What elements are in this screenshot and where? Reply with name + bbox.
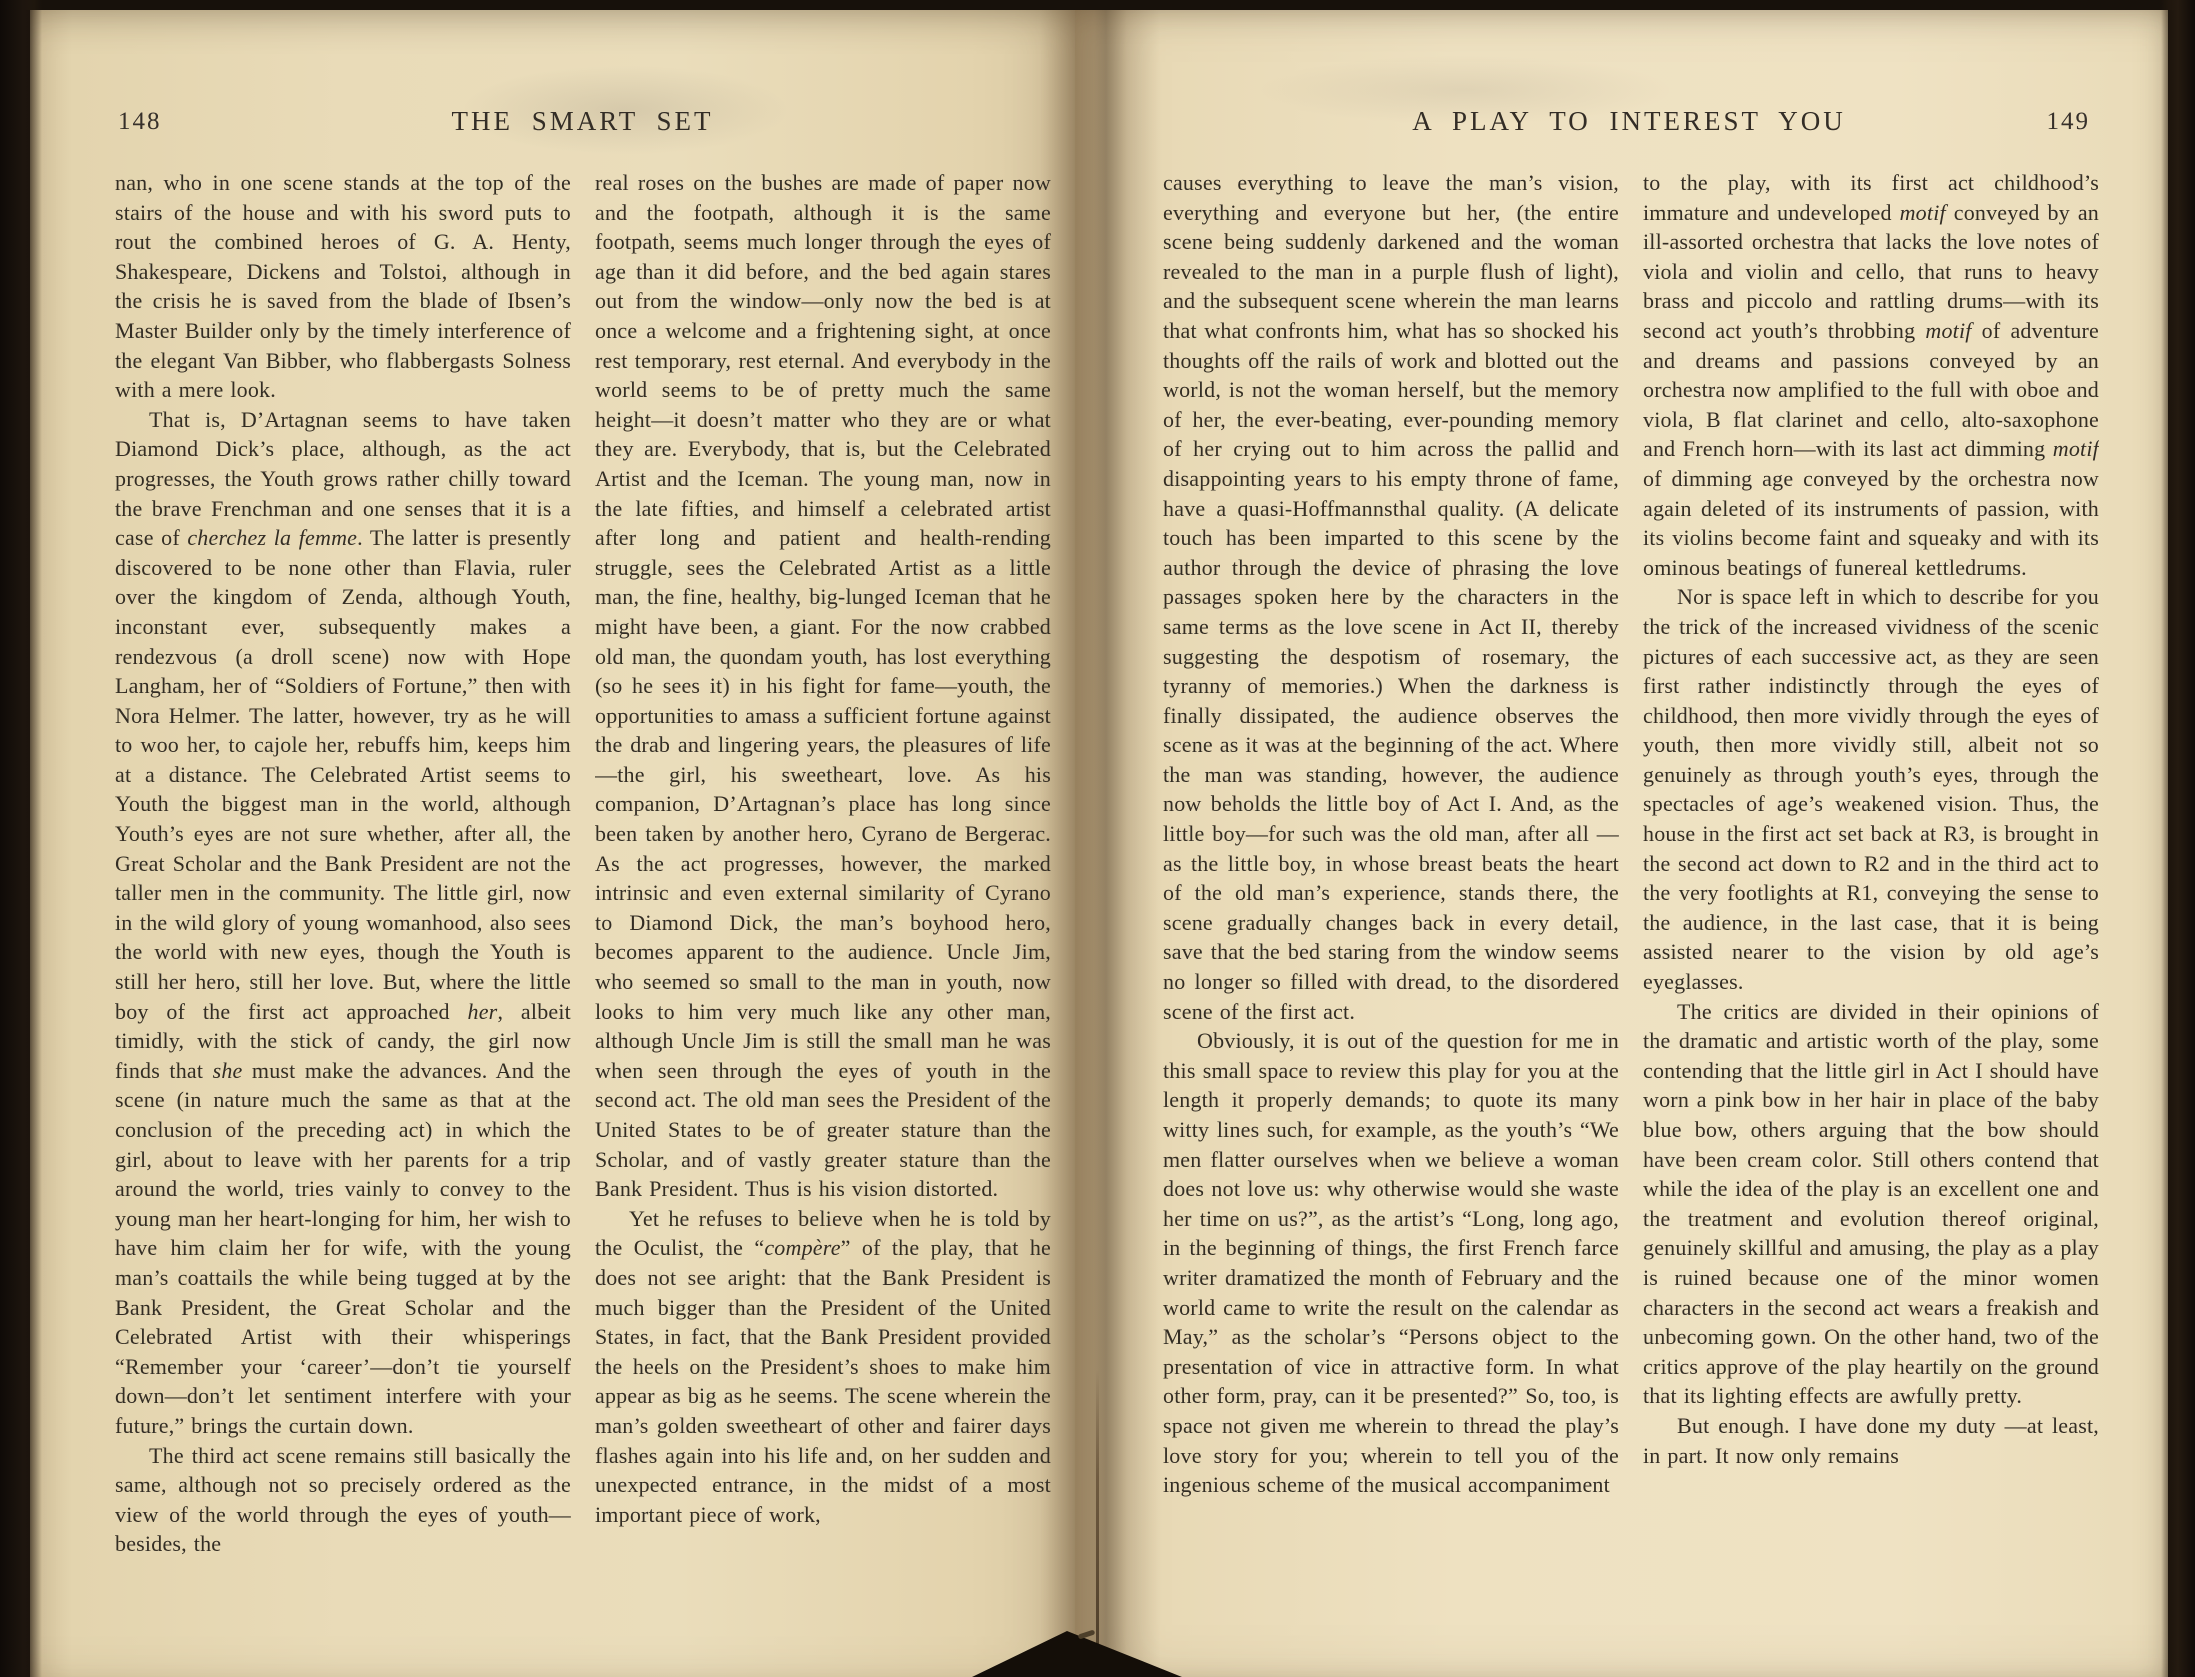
text-column-4: to the play, with its first act childhoo… — [1643, 168, 2099, 1576]
page-149: A PLAY TO INTEREST YOU 149 causes everyt… — [1075, 10, 2168, 1677]
text-column-1: nan, who in one scene stands at the top … — [115, 168, 571, 1576]
paragraph: real roses on the bushes are made of pap… — [595, 168, 1051, 1204]
binding-shadow — [972, 1631, 1182, 1677]
book-gutter-shadow — [1040, 0, 1160, 1677]
paragraph: That is, D’Artagnan seems to have taken … — [115, 405, 571, 1441]
paragraph: to the play, with its first act childhoo… — [1643, 168, 2099, 582]
running-title-right: A PLAY TO INTEREST YOU — [1412, 106, 1846, 136]
running-title-left-wrap: THE SMART SET — [115, 106, 1050, 137]
paragraph: Obviously, it is out of the question for… — [1163, 1026, 1619, 1500]
paragraph: nan, who in one scene stands at the top … — [115, 168, 571, 405]
running-title-left: THE SMART SET — [452, 106, 714, 136]
paragraph: Nor is space left in which to describe f… — [1643, 582, 2099, 996]
text-column-2: real roses on the bushes are made of pap… — [595, 168, 1051, 1576]
paragraph: causes everything to leave the man’s vis… — [1163, 168, 1619, 1026]
paragraph: Yet he refuses to believe when he is tol… — [595, 1204, 1051, 1530]
text-column-3: causes everything to leave the man’s vis… — [1163, 168, 1619, 1576]
paragraph: The critics are divided in their opinion… — [1643, 997, 2099, 1411]
book-scan: 148 THE SMART SET nan, who in one scene … — [0, 0, 2195, 1677]
paragraph: But enough. I have done my duty —at leas… — [1643, 1411, 2099, 1470]
running-title-right-wrap: A PLAY TO INTEREST YOU — [1163, 106, 2095, 137]
page-148: 148 THE SMART SET nan, who in one scene … — [30, 10, 1075, 1677]
paragraph: The third act scene remains still basica… — [115, 1441, 571, 1559]
page-number-right: 149 — [2047, 108, 2091, 136]
